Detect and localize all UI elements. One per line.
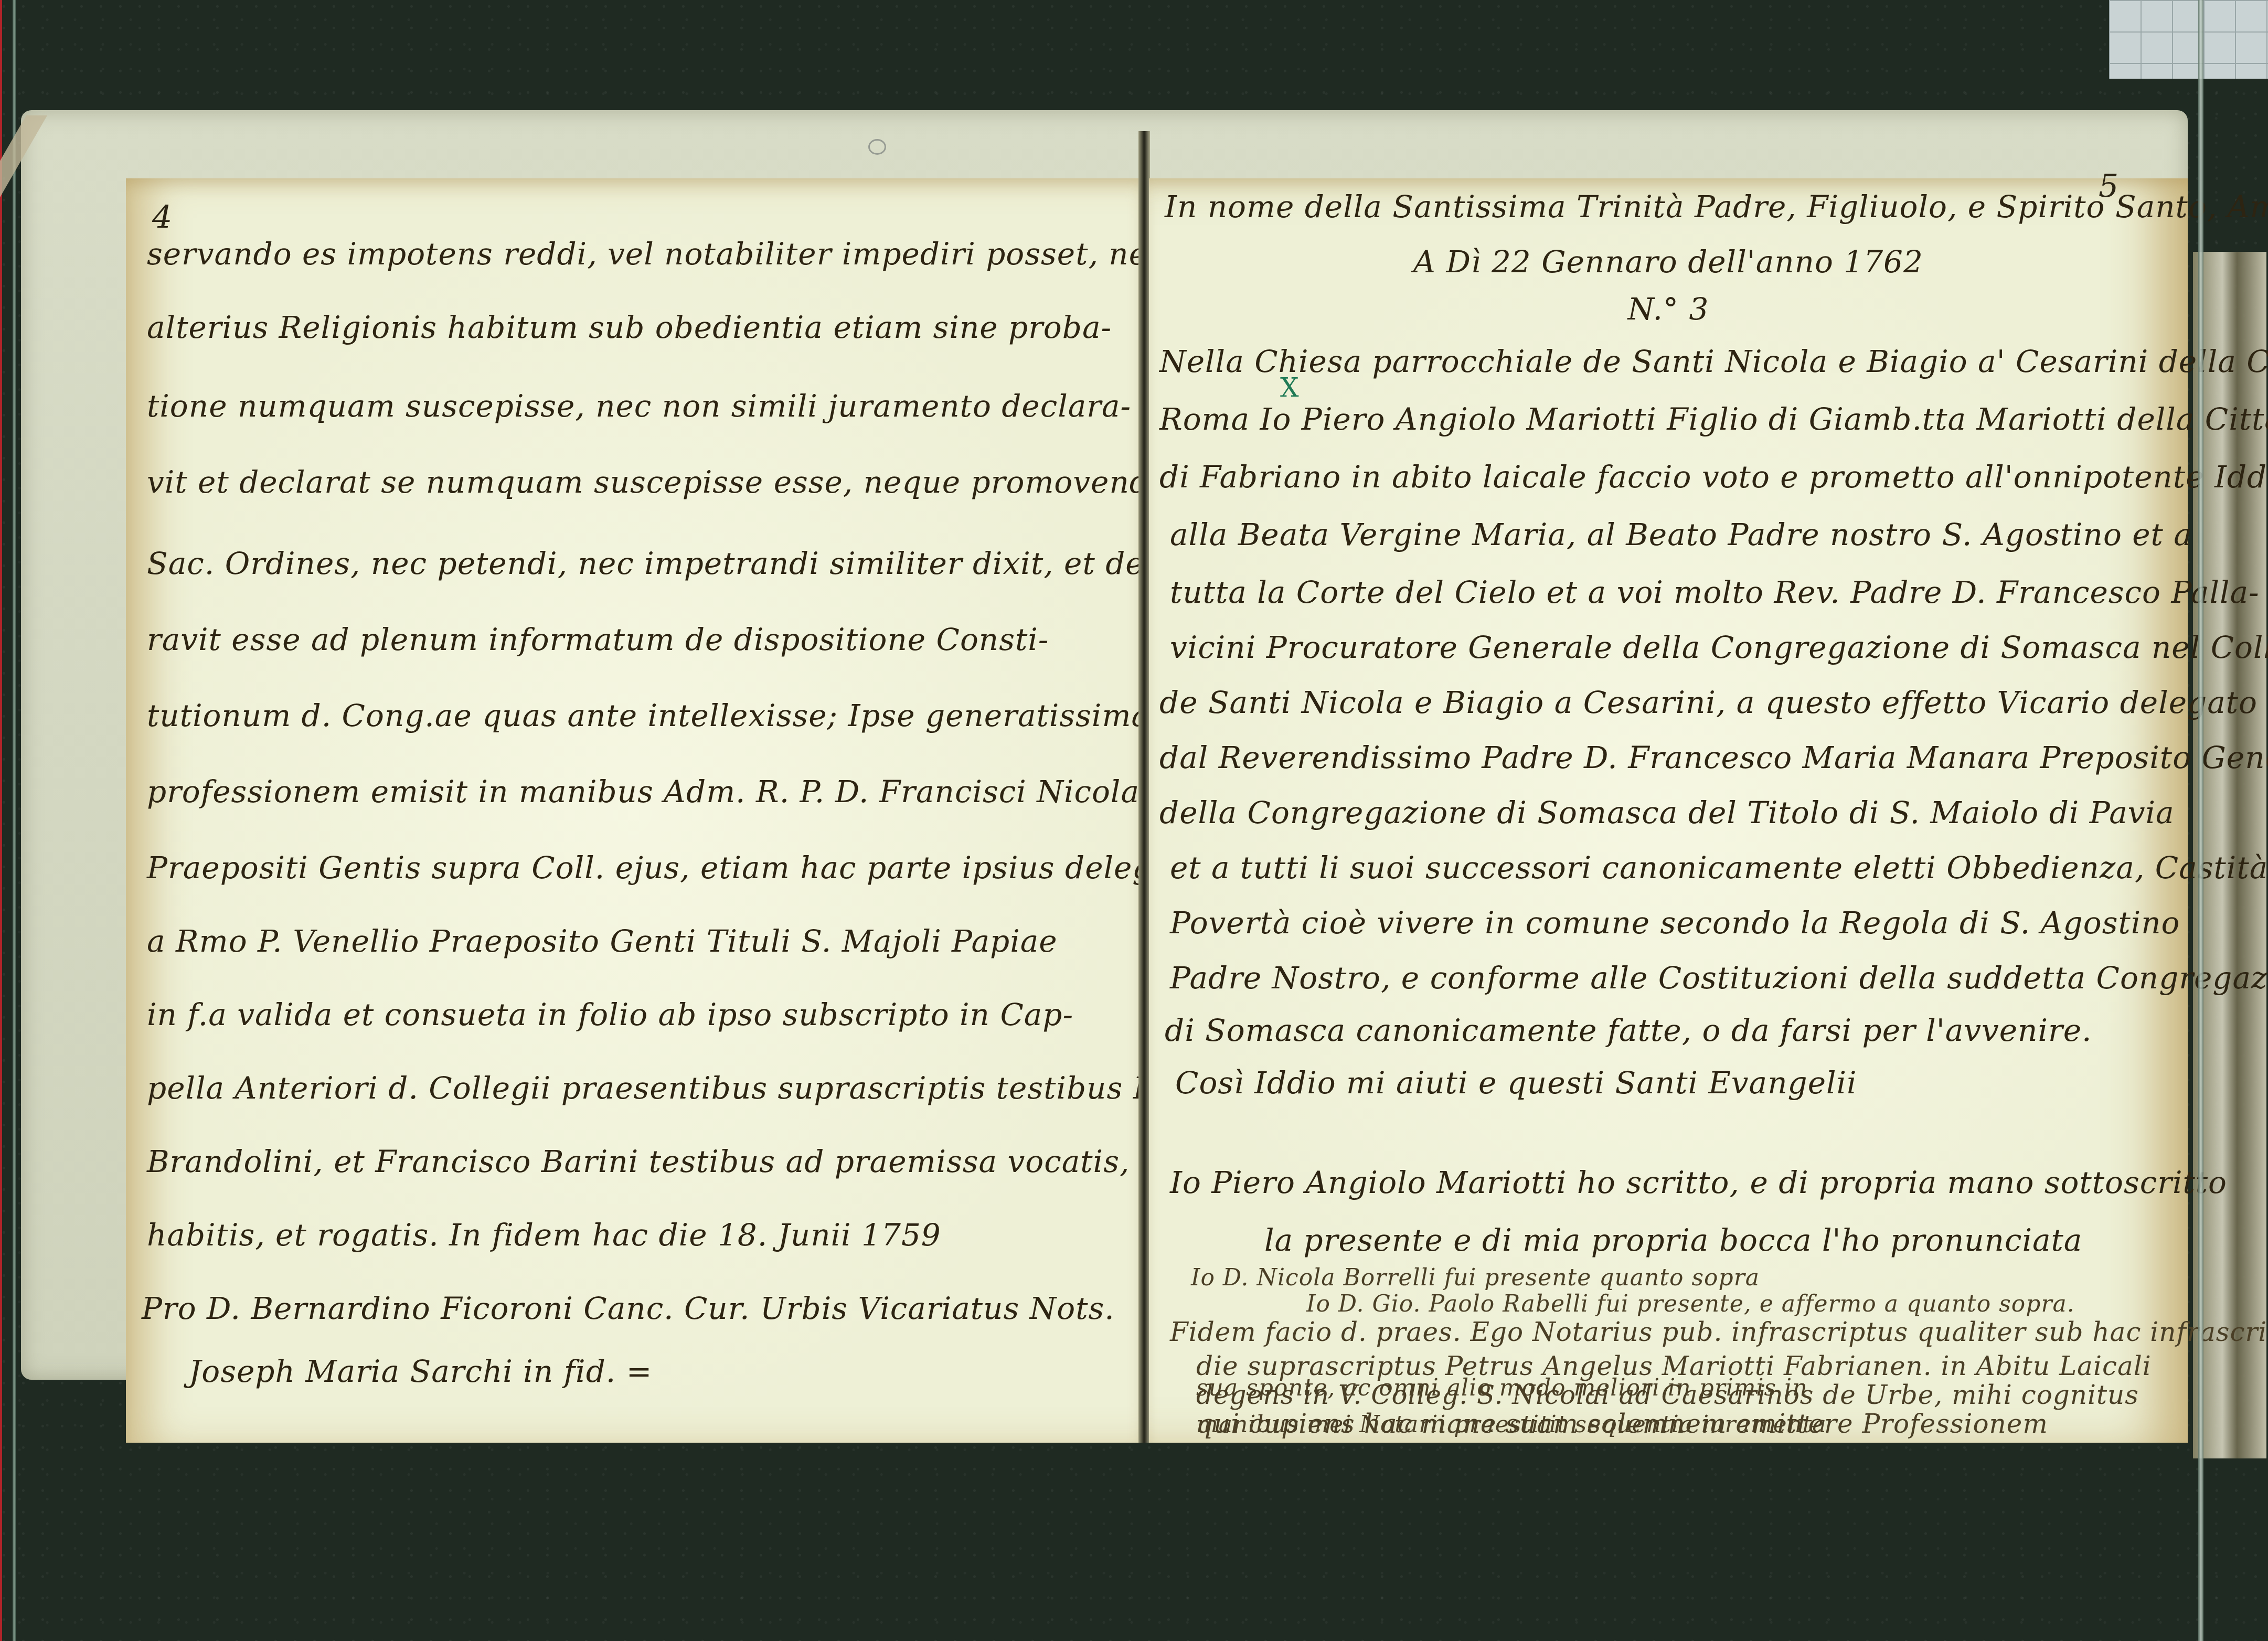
vow-line-11: Povertà cioè vivere in comune secondo la…	[1170, 905, 2180, 941]
witness-line-1: Io D. Nicola Borrelli fui presente quant…	[1191, 1264, 1760, 1291]
glass-plate-edge-left	[13, 0, 16, 1641]
declaration-line-1: Io Piero Angiolo Mariotti ho scritto, e …	[1170, 1165, 2227, 1200]
left-line-7: tutionum d. Cong.ae quas ante intellexis…	[147, 698, 1150, 733]
entry-number: N.° 3	[1149, 291, 2188, 327]
vow-line-7: de Santi Nicola e Biagio a Cesarini, a q…	[1159, 685, 2258, 720]
left-line-9: Praepositi Gentis supra Coll. ejus, etia…	[147, 850, 1194, 886]
book-gutter	[1138, 131, 1150, 1443]
witness-line-2: Io D. Gio. Paolo Rabelli fui presente, e…	[1306, 1291, 2075, 1317]
date-line: A Dì 22 Gennaro dell'anno 1762	[1149, 244, 2188, 280]
left-page: 4 servando es impotens reddi, vel notabi…	[126, 178, 1138, 1443]
left-line-4: vit et declarat se numquam suscepisse es…	[147, 464, 1168, 500]
scanner-edge	[0, 0, 2, 1641]
vow-line-6: vicini Procuratore Generale della Congre…	[1170, 630, 2268, 665]
left-line-1: servando es impotens reddi, vel notabili…	[147, 236, 1165, 272]
left-line-14: habitis, et rogatis. In fidem hac die 18…	[147, 1217, 941, 1253]
left-line-6: ravit esse ad plenum informatum de dispo…	[147, 622, 1049, 657]
vow-line-5: tutta la Corte del Cielo et a voi molto …	[1170, 574, 2260, 610]
declaration-line-2: la presente e di mia propria bocca l'ho …	[1264, 1222, 2082, 1258]
left-line-2: alterius Religionis habitum sub obedient…	[147, 310, 1112, 345]
vow-line-4: alla Beata Vergine Maria, al Beato Padre…	[1170, 517, 2192, 552]
left-line-13: Brandolini, et Francisco Barini testibus…	[147, 1144, 1130, 1179]
right-page: 5 In nome della Santissima Trinità Padre…	[1149, 178, 2188, 1443]
vow-line-12: Padre Nostro, e conforme alle Costituzio…	[1170, 960, 2268, 996]
vow-line-1: Nella Chiesa parrocchiale de Santi Nicol…	[1159, 344, 2268, 379]
left-line-3: tione numquam suscepisse, nec non simili…	[147, 388, 1131, 424]
left-line-8: professionem emisit in manibus Adm. R. P…	[147, 774, 1150, 809]
pencil-circle-mark	[868, 139, 886, 155]
vow-line-8: dal Reverendissimo Padre D. Francesco Ma…	[1159, 740, 2268, 775]
notary-line-5-visible: sua sponte, ac omni alio modo meliori in…	[1196, 1374, 1808, 1401]
bleed-through-stamp	[839, 813, 976, 855]
green-pencil-mark: X	[1280, 372, 1299, 403]
notary-line-1: Fidem facio d. praes. Ego Notarius pub. …	[1170, 1317, 2268, 1347]
vow-line-3: di Fabriano in abito laicale faccio voto…	[1159, 459, 2268, 495]
vow-line-2: Roma Io Piero Angiolo Mariotti Figlio di…	[1159, 401, 2268, 437]
folio-number-left: 4	[152, 199, 172, 236]
vow-line-13: di Somasca canonicamente fatte, o da far…	[1165, 1013, 2092, 1048]
left-line-5: Sac. Ordines, nec petendi, nec impetrand…	[147, 546, 1201, 581]
vow-line-14: Così Iddio mi aiuti e questi Santi Evang…	[1175, 1065, 1857, 1101]
glass-plate-edge-right	[2198, 0, 2203, 1641]
signature-line-2: Joseph Maria Sarchi in fid. =	[189, 1354, 652, 1389]
vow-line-10: et a tutti li suoi successori canonicame…	[1170, 850, 2268, 886]
left-line-10: a Rmo P. Venellio Praeposito Genti Titul…	[147, 923, 1058, 959]
vow-line-9: della Congregazione di Somasca del Titol…	[1159, 795, 2175, 830]
left-line-12: pella Anteriori d. Collegii praesentibus…	[147, 1070, 1206, 1106]
invocation-heading: In nome della Santissima Trinità Padre, …	[1165, 189, 2268, 225]
signature-line-1: Pro D. Bernardino Ficoroni Canc. Cur. Ur…	[142, 1291, 1115, 1326]
calibration-grid	[2109, 0, 2268, 79]
notary-line-6: manibus mei Notarii praestitit sequentia…	[1196, 1411, 1827, 1438]
left-line-11: in f.a valida et consueta in folio ab ip…	[147, 997, 1073, 1032]
